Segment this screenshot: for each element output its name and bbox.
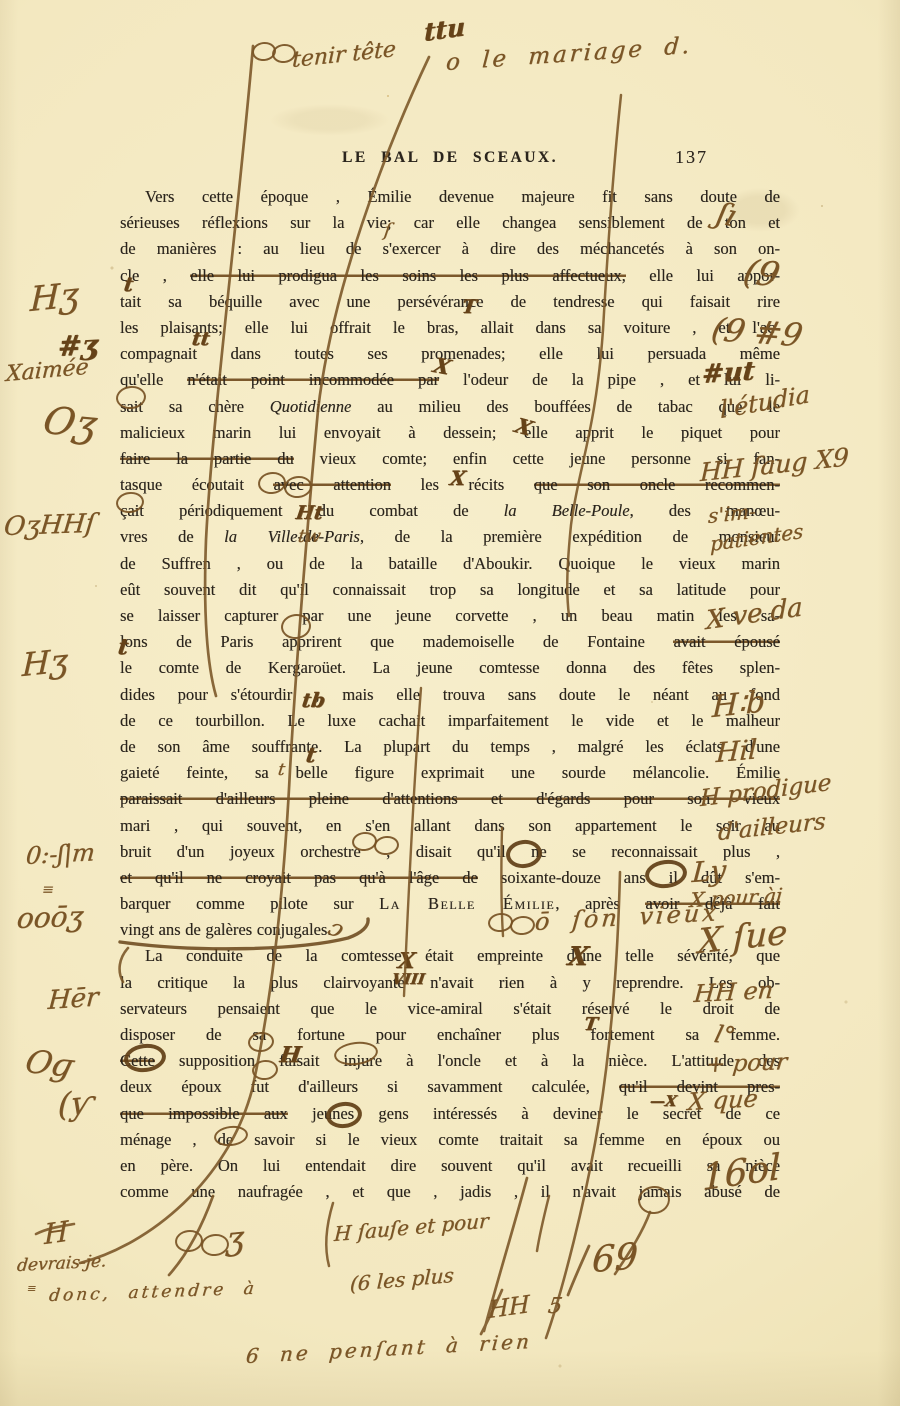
text-line-38: en père. On lui entendait dire souvent q… — [120, 1153, 780, 1179]
text-line-16: eût souvent dit qu'il connaissait trop s… — [120, 577, 780, 603]
text-line-21: de ce tourbillon. Le luxe cachait imparf… — [120, 708, 780, 734]
printed-text: vres de — [120, 527, 224, 546]
scanned-book-page: { "header": { "title": "LE BAL DE SCEAUX… — [0, 0, 900, 1406]
printed-text: en père. On lui entendait dire souvent q… — [120, 1156, 780, 1175]
printed-text: de son âme souffrante. La plupart du tem… — [120, 737, 780, 756]
printed-text: de manières : au lieu de s'exercer à dir… — [120, 239, 780, 258]
printed-text: le comte de Kergaroüet. La jeune comtess… — [120, 658, 780, 677]
handwritten-annotation-top: o le mariage d. — [445, 33, 693, 76]
struck-text: que impossible aux — [120, 1104, 288, 1123]
text-line-22: de son âme souffrante. La plupart du tem… — [120, 734, 780, 760]
handwritten-annotation-left: (ƴ — [57, 1083, 95, 1124]
printed-text: tasque écoutait — [120, 475, 273, 494]
text-line-31: la critique la plus clairvoyante n'avait… — [120, 970, 780, 996]
struck-text: paraissait d'ailleurs pleine d'attention… — [120, 789, 780, 808]
text-line-11: faire la partie du vieux comte; enfin ce… — [120, 446, 780, 472]
smallcaps-text: La Belle Émilie — [379, 894, 555, 913]
page-number: 137 — [675, 147, 708, 168]
text-line-1: Vers cette époque , Émilie devenue majeu… — [120, 184, 780, 210]
printed-text: eût souvent dit qu'il connaissait trop s… — [120, 580, 780, 599]
printed-text: soixante-douze ans il dût s'em- — [478, 868, 780, 887]
page-header: LE BAL DE SCEAUX. 137 — [120, 149, 780, 175]
handwritten-annotation-left: ≡ — [41, 882, 55, 898]
text-line-39: comme une naufragée , et que , jadis , i… — [120, 1179, 780, 1205]
handwritten-annotation-right: Hil — [715, 734, 757, 769]
printed-text: malicieux marin lui envoyait à dessein; … — [120, 423, 780, 442]
text-line-6: les plaisants; elle lui offrait le bras,… — [120, 315, 780, 341]
printed-text: dides pour s'étourdir ; mais elle trouva… — [120, 685, 780, 704]
handwritten-annotation-inline: tw — [297, 526, 323, 547]
handwritten-annotation-inline: X — [448, 466, 467, 490]
handwritten-annotation-inline: X — [566, 942, 590, 972]
struck-text: n'était point incommodée par — [187, 370, 439, 389]
printed-text: les plaisants; elle lui offrait le bras,… — [120, 318, 780, 337]
printed-text: gaieté feinte, sa belle figure exprimait… — [120, 763, 780, 782]
text-line-13: çait périodiquement du combat de la Bell… — [120, 498, 780, 524]
handwritten-annotation-inline: VIII — [391, 970, 426, 988]
text-line-20: dides pour s'étourdir ; mais elle trouva… — [120, 682, 780, 708]
printed-text: vingt ans de galères conjugales. — [120, 920, 331, 939]
printed-text: , des manœu- — [630, 501, 780, 520]
handwritten-annotation-left: Oɡ — [21, 1042, 77, 1084]
italic-text: la Ville-de-Paris — [224, 527, 360, 546]
handwritten-annotation-inline: —X — [649, 1092, 678, 1110]
handwritten-annotation-bottom: (6 les plus — [349, 1263, 454, 1296]
printed-text: de ce tourbillon. Le luxe cachait imparf… — [120, 711, 780, 730]
text-line-19: le comte de Kergaroüet. La jeune comtess… — [120, 655, 780, 681]
handwritten-annotation-left: donc, attendre à — [48, 1279, 258, 1306]
printed-text: barquer comme pilote sur — [120, 894, 379, 913]
handwritten-annotation-bottom: ʒ — [225, 1218, 244, 1258]
handwritten-annotation-inline: H — [278, 1042, 302, 1068]
handwritten-annotation-left: Oʒ — [39, 398, 101, 446]
text-line-17: se laisser capturer par une jeune corvet… — [120, 603, 780, 629]
handwritten-annotation-right: s'im- — [708, 499, 756, 528]
struck-text: et qu'il ne croyait pas qu'à l'âge de — [120, 868, 478, 887]
printed-text: sérieuses réflexions sur la vie; car ell… — [120, 213, 780, 232]
text-line-26: bruit d'un joyeux orchestre , disait qu'… — [120, 839, 780, 865]
text-line-8: qu'elle n'était point incommodée par l'o… — [120, 367, 780, 393]
ink-circle-mark — [174, 1228, 204, 1253]
handwritten-annotation-bottom: 6 ne penſant à rien — [245, 1329, 533, 1368]
handwritten-annotation-inline: tt — [190, 328, 211, 350]
handwritten-annotation-bottom: HH — [488, 1290, 529, 1324]
text-line-10: malicieux marin lui envoyait à dessein; … — [120, 420, 780, 446]
handwritten-annotation-left: ooōʒ — [15, 900, 85, 935]
text-line-34: Cette supposition faisait injure à l'onc… — [120, 1048, 780, 1074]
handwritten-annotation-left: Hʒ — [29, 275, 79, 320]
handwritten-annotation-left: ≡ — [26, 1282, 37, 1295]
printed-text: deux époux fut d'ailleurs si savamment c… — [120, 1077, 619, 1096]
struck-text: faire la partie du — [120, 449, 294, 468]
handwritten-annotation-left: Hʒ — [21, 641, 68, 684]
handwritten-annotation-top: ttu — [424, 12, 465, 47]
struck-text: elle lui prodigua les soins les plus aff… — [190, 266, 625, 285]
handwritten-annotation-right: + pour — [705, 1049, 789, 1078]
printed-text: servateurs pensaient que le vice-amiral … — [120, 999, 780, 1018]
italic-text: la Belle-Poule — [504, 501, 630, 520]
printed-text: de Suffren , ou de la bataille d'Aboukir… — [120, 554, 780, 573]
handwritten-annotation-right: (9 #9 — [708, 310, 806, 354]
text-line-15: de Suffren , ou de la bataille d'Aboukir… — [120, 551, 780, 577]
handwritten-annotation-right: #ut — [701, 356, 756, 390]
handwritten-annotation-bottom: 5 — [546, 1294, 564, 1319]
handwritten-annotation-bottom: 69 — [591, 1236, 639, 1281]
text-line-5: tait sa béquille avec une persévérance d… — [120, 289, 780, 315]
handwritten-annotation-inline: tb — [300, 688, 327, 712]
printed-text: Vers cette époque , Émilie devenue majeu… — [145, 187, 780, 206]
italic-text: Quotidienne — [270, 397, 352, 416]
handwritten-annotation-right: H∶b — [711, 684, 765, 725]
printed-text: La conduite de la comtesse était emprein… — [145, 946, 780, 965]
handwritten-annotation-left: OʒHHſ — [2, 509, 96, 542]
printed-text: tait sa béquille avec une persévérance d… — [120, 292, 780, 311]
text-line-30: La conduite de la comtesse était emprein… — [120, 943, 780, 969]
printed-text: comme une naufragée , et que , jadis , i… — [120, 1182, 780, 1201]
handwritten-annotation-left: Hēr — [47, 982, 99, 1016]
text-line-33: disposer de sa fortune pour enchaîner pl… — [120, 1022, 780, 1048]
handwritten-annotation-inline: Ht — [294, 502, 324, 524]
printed-text: disposer de sa fortune pour enchaîner pl… — [120, 1025, 780, 1044]
text-line-32: servateurs pensaient que le vice-amiral … — [120, 996, 780, 1022]
printed-text: mari , qui souvent, en s'en allant dans … — [120, 816, 780, 835]
printed-text: la critique la plus clairvoyante n'avait… — [120, 973, 780, 992]
text-line-36: que impossible aux jeunes gens intéressé… — [120, 1101, 780, 1127]
printed-text: supposition faisait injure à l'oncle et … — [155, 1051, 780, 1070]
printed-text: bruit d'un joyeux orchestre , disait qu'… — [120, 842, 780, 861]
handwritten-annotation-right: X que — [687, 1084, 759, 1116]
text-line-2: sérieuses réflexions sur la vie; car ell… — [120, 210, 780, 236]
text-line-3: de manières : au lieu de s'exercer à dir… — [120, 236, 780, 262]
printed-text: au milieu des bouffées de tabac que le — [351, 397, 780, 416]
handwritten-annotation-right: HH en — [693, 976, 775, 1008]
printed-text-block: Vers cette époque , Émilie devenue majeu… — [120, 184, 780, 1205]
handwritten-annotation-left: H — [44, 1214, 68, 1251]
text-line-24: paraissait d'ailleurs pleine d'attention… — [120, 786, 780, 812]
printed-text: lons de Paris apprirent que mademoiselle… — [120, 632, 673, 651]
handwritten-annotation-left: 0:-ʃ|m — [25, 838, 96, 870]
handwritten-annotation-bottom: H ſauſe et pour — [333, 1208, 489, 1246]
text-line-14: vres de la Ville-de-Paris, de la premièr… — [120, 524, 780, 550]
text-line-4: cle , elle lui prodigua les soins les pl… — [120, 263, 780, 289]
text-line-35: deux époux fut d'ailleurs si savamment c… — [120, 1074, 780, 1100]
handwritten-annotation-right: Ly — [691, 854, 727, 890]
text-line-25: mari , qui souvent, en s'en allant dans … — [120, 813, 780, 839]
text-line-9: sait sa chère Quotidienne au milieu des … — [120, 394, 780, 420]
text-line-18: lons de Paris apprirent que mademoiselle… — [120, 629, 780, 655]
printed-text: se laisser capturer par une jeune corvet… — [120, 606, 780, 625]
handwritten-annotation-left: Xaimée — [5, 355, 89, 387]
text-line-23: gaieté feinte, sa belle figure exprimait… — [120, 760, 780, 786]
struck-text: avait épousé — [673, 632, 780, 651]
handwritten-annotation-top: tenir tête — [292, 37, 397, 73]
handwritten-annotation-left: devrais-je. — [16, 1251, 107, 1276]
